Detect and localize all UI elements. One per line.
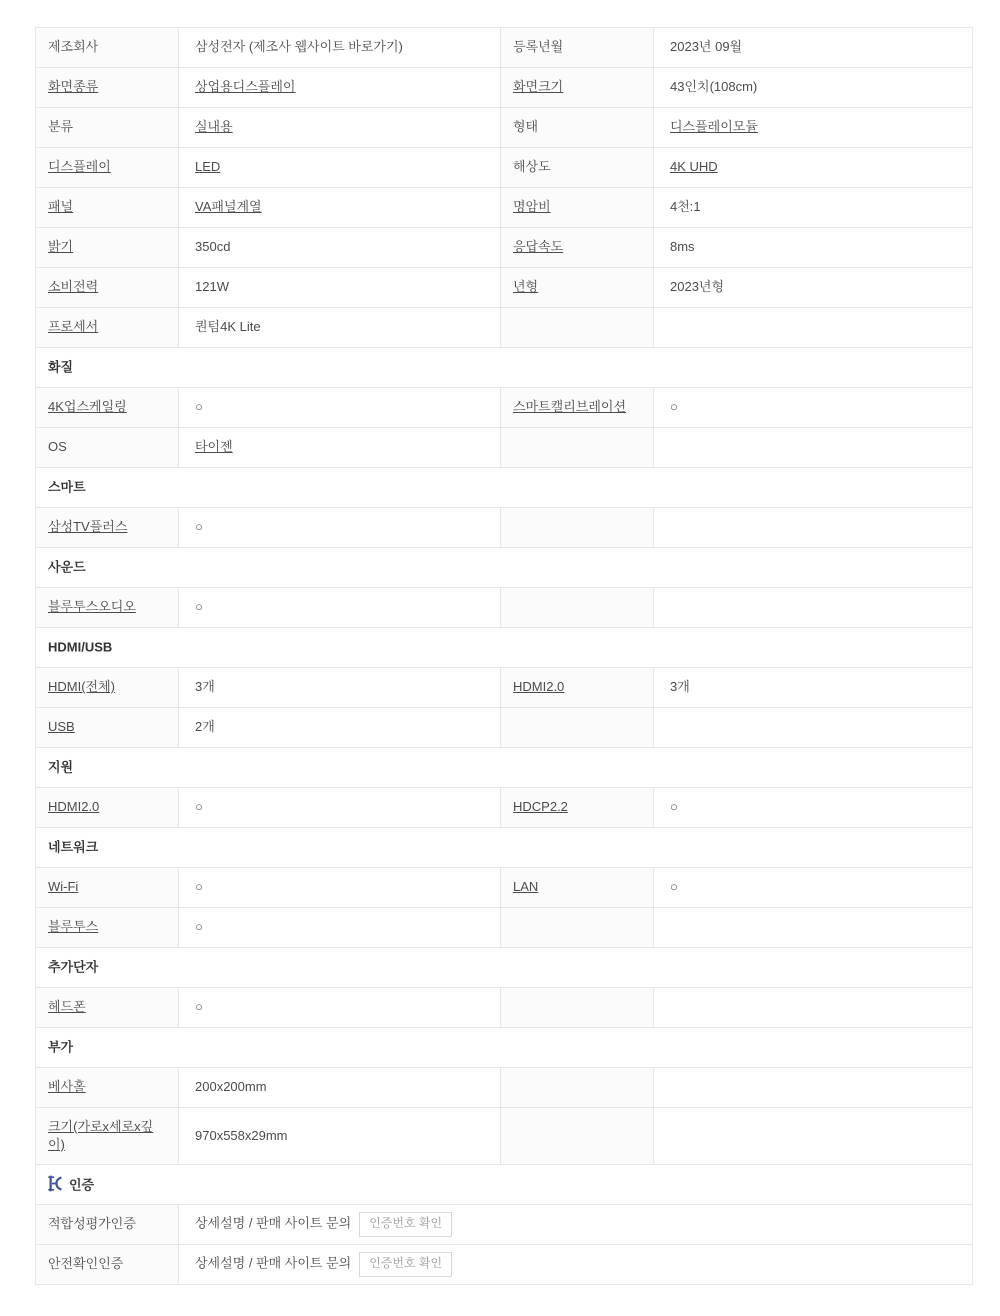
spec-label-link[interactable]: Wi-Fi <box>48 879 78 894</box>
spec-label-link[interactable]: 4K업스케일링 <box>48 399 127 414</box>
spec-value: 4천:1 <box>670 199 701 214</box>
spec-label-cell: 소비전력 <box>36 268 179 308</box>
supported-circle-mark: ○ <box>195 919 203 934</box>
spec-label-cell: 블루투스오디오 <box>36 588 179 628</box>
spec-label-cell: 4K업스케일링 <box>36 388 179 428</box>
section-title: HDMI/USB <box>48 640 112 655</box>
spec-value-cell: ○ <box>179 868 501 908</box>
spec-label-cell: OS <box>36 428 179 468</box>
spec-label-link[interactable]: 패널 <box>48 199 73 214</box>
verify-cert-number-button[interactable]: 인증번호 확인 <box>359 1212 452 1237</box>
section-title: 화질 <box>48 360 73 375</box>
spec-row-panel: 패널 VA패널계열 명암비 4천:1 <box>36 188 973 228</box>
section-title: 부가 <box>48 1040 73 1055</box>
supported-circle-mark: ○ <box>670 799 678 814</box>
section-header-cell: 부가 <box>36 1028 973 1068</box>
cert-description: 상세설명 / 판매 사이트 문의 <box>195 1256 351 1271</box>
spec-label-cell: 베사홀 <box>36 1068 179 1108</box>
manufacturer-value[interactable]: 삼성전자 (제조사 웹사이트 바로가기) <box>195 39 403 54</box>
spec-label: 형태 <box>513 119 538 134</box>
spec-label-link[interactable]: 년형 <box>513 279 538 294</box>
spec-value-cell: ○ <box>179 508 501 548</box>
supported-circle-mark: ○ <box>195 999 203 1014</box>
spec-value-link[interactable]: 상업용디스플레이 <box>195 79 295 94</box>
spec-value-cell: 타이젠 <box>179 428 501 468</box>
section-title: 네트워크 <box>48 840 98 855</box>
spec-value-cell: 4천:1 <box>654 188 973 228</box>
section-title: 추가단자 <box>48 960 98 975</box>
spec-value-cell: 퀀텀4K Lite <box>179 308 501 348</box>
spec-row-wifi: Wi-Fi ○ LAN ○ <box>36 868 973 908</box>
spec-label-cell: 명암비 <box>501 188 654 228</box>
spec-label-cell: 화면종류 <box>36 68 179 108</box>
spec-row-hdmi20: HDMI2.0 ○ HDCP2.2 ○ <box>36 788 973 828</box>
spec-label-cell: 삼성TV플러스 <box>36 508 179 548</box>
spec-label-cell: 해상도 <box>501 148 654 188</box>
spec-label-link[interactable]: 블루투스오디오 <box>48 599 136 614</box>
cert-description: 상세설명 / 판매 사이트 문의 <box>195 1216 351 1231</box>
spec-label-link[interactable]: LAN <box>513 879 538 894</box>
cert-label-cell: 안전확인인증 <box>36 1245 179 1285</box>
section-header-cell: 네트워크 <box>36 828 973 868</box>
spec-label-link[interactable]: 소비전력 <box>48 279 98 294</box>
section-header-cell: HDMI/USB <box>36 628 973 668</box>
spec-label-link[interactable]: 블루투스 <box>48 919 98 934</box>
cert-label: 안전확인인증 <box>48 1256 123 1271</box>
kc-certification-icon <box>48 1175 63 1192</box>
spec-label-link[interactable]: HDCP2.2 <box>513 799 568 814</box>
empty-value-cell <box>654 908 973 948</box>
spec-value-cell: ○ <box>654 388 973 428</box>
spec-row-brightness: 밝기 350cd 응답속도 8ms <box>36 228 973 268</box>
spec-label-cell: 디스플레이 <box>36 148 179 188</box>
spec-label-cell: HDMI2.0 <box>36 788 179 828</box>
spec-value: 3개 <box>670 679 690 694</box>
section-row-certification: 인증 <box>36 1165 973 1205</box>
spec-value-cell: 실내용 <box>179 108 501 148</box>
spec-row-headphone: 헤드폰 ○ <box>36 988 973 1028</box>
section-row-hdmi-usb: HDMI/USB <box>36 628 973 668</box>
spec-row-classification: 분류 실내용 형태 디스플레이모듈 <box>36 108 973 148</box>
spec-value: 43인치(108cm) <box>670 79 757 94</box>
spec-row-usb: USB 2개 <box>36 708 973 748</box>
cert-value-cell: 상세설명 / 판매 사이트 문의인증번호 확인 <box>179 1245 973 1285</box>
spec-row-tv-plus: 삼성TV플러스 ○ <box>36 508 973 548</box>
spec-value-cell: LED <box>179 148 501 188</box>
spec-label-link[interactable]: USB <box>48 719 75 734</box>
spec-label-link[interactable]: HDMI2.0 <box>48 799 99 814</box>
supported-circle-mark: ○ <box>195 399 203 414</box>
spec-label: OS <box>48 439 67 454</box>
spec-label-link[interactable]: 베사홀 <box>48 1079 86 1094</box>
spec-value: 2개 <box>195 719 215 734</box>
spec-value-cell: 삼성전자 (제조사 웹사이트 바로가기) <box>179 28 501 68</box>
spec-row-hdmi-total: HDMI(전체) 3개 HDMI2.0 3개 <box>36 668 973 708</box>
section-header-cell: 지원 <box>36 748 973 788</box>
verify-cert-number-button[interactable]: 인증번호 확인 <box>359 1252 452 1277</box>
empty-value-cell <box>654 988 973 1028</box>
empty-label-cell <box>501 908 654 948</box>
spec-value-cell: 43인치(108cm) <box>654 68 973 108</box>
spec-value-cell: ○ <box>179 788 501 828</box>
supported-circle-mark: ○ <box>195 799 203 814</box>
section-row-smart: 스마트 <box>36 468 973 508</box>
spec-value: 퀀텀4K Lite <box>195 319 261 334</box>
spec-label-link[interactable]: 삼성TV플러스 <box>48 519 127 534</box>
spec-label-cell: 분류 <box>36 108 179 148</box>
supported-circle-mark: ○ <box>195 879 203 894</box>
cert-label: 적합성평가인증 <box>48 1216 136 1231</box>
spec-value-cell: ○ <box>654 868 973 908</box>
spec-value: 8ms <box>670 239 695 254</box>
spec-value-cell: 상업용디스플레이 <box>179 68 501 108</box>
spec-value-cell: 8ms <box>654 228 973 268</box>
spec-label: 해상도 <box>513 159 551 174</box>
spec-value-link[interactable]: 타이젠 <box>195 439 233 454</box>
spec-row-processor: 프로세서 퀀텀4K Lite <box>36 308 973 348</box>
spec-value-link[interactable]: 디스플레이모듈 <box>670 119 758 134</box>
spec-row-dimensions: 크기(가로x세로x깊이) 970x558x29mm <box>36 1108 973 1165</box>
spec-label: 등록년월 <box>513 39 563 54</box>
spec-label-cell: LAN <box>501 868 654 908</box>
empty-value-cell <box>654 1068 973 1108</box>
cert-label-cell: 적합성평가인증 <box>36 1205 179 1245</box>
section-row-extras: 부가 <box>36 1028 973 1068</box>
spec-value-cell: 2023년 09월 <box>654 28 973 68</box>
spec-value-cell: ○ <box>654 788 973 828</box>
section-row-network: 네트워크 <box>36 828 973 868</box>
empty-label-cell <box>501 1108 654 1165</box>
spec-value-cell: 디스플레이모듈 <box>654 108 973 148</box>
spec-label-link[interactable]: 헤드폰 <box>48 999 86 1014</box>
empty-label-cell <box>501 1068 654 1108</box>
spec-value: 121W <box>195 279 229 294</box>
spec-value-cell: ○ <box>179 988 501 1028</box>
spec-label-cell: 블루투스 <box>36 908 179 948</box>
spec-row-manufacturer: 제조회사 삼성전자 (제조사 웹사이트 바로가기) 등록년월 2023년 09월 <box>36 28 973 68</box>
supported-circle-mark: ○ <box>195 599 203 614</box>
spec-label-link[interactable]: 밝기 <box>48 239 73 254</box>
spec-label: 분류 <box>48 119 73 134</box>
spec-label-cell: 제조회사 <box>36 28 179 68</box>
spec-label-link[interactable]: 명암비 <box>513 199 551 214</box>
spec-value-cell: VA패널계열 <box>179 188 501 228</box>
empty-value-cell <box>654 588 973 628</box>
spec-label-link[interactable]: HDMI2.0 <box>513 679 564 694</box>
spec-value-link[interactable]: VA패널계열 <box>195 199 262 214</box>
section-row-sound: 사운드 <box>36 548 973 588</box>
section-row-picture-quality: 화질 <box>36 348 973 388</box>
spec-value-link[interactable]: 실내용 <box>195 119 233 134</box>
empty-label-cell <box>501 988 654 1028</box>
empty-value-cell <box>654 708 973 748</box>
section-title: 스마트 <box>48 480 86 495</box>
section-header-cell: 추가단자 <box>36 948 973 988</box>
spec-value: 2023년 09월 <box>670 39 742 54</box>
section-header-cell: 사운드 <box>36 548 973 588</box>
spec-row-vesa: 베사홀 200x200mm <box>36 1068 973 1108</box>
section-title: 사운드 <box>48 560 86 575</box>
spec-value-cell: 970x558x29mm <box>179 1108 501 1165</box>
empty-label-cell <box>501 428 654 468</box>
spec-row-os: OS 타이젠 <box>36 428 973 468</box>
spec-value-cell: ○ <box>179 388 501 428</box>
spec-label-cell: USB <box>36 708 179 748</box>
spec-value-cell: 350cd <box>179 228 501 268</box>
section-header-cell: 화질 <box>36 348 973 388</box>
spec-label-cell: HDCP2.2 <box>501 788 654 828</box>
supported-circle-mark: ○ <box>670 879 678 894</box>
spec-label-link[interactable]: 크기(가로x세로x깊이) <box>48 1119 153 1152</box>
spec-value: 3개 <box>195 679 215 694</box>
section-title: 지원 <box>48 760 73 775</box>
spec-value: 350cd <box>195 239 230 254</box>
spec-label: 제조회사 <box>48 39 98 54</box>
spec-label-cell: 화면크기 <box>501 68 654 108</box>
spec-label-cell: 년형 <box>501 268 654 308</box>
spec-value-cell: 200x200mm <box>179 1068 501 1108</box>
spec-label-cell: 크기(가로x세로x깊이) <box>36 1108 179 1165</box>
spec-label-cell: Wi-Fi <box>36 868 179 908</box>
spec-value-cell: 121W <box>179 268 501 308</box>
section-title: 인증 <box>69 1177 94 1192</box>
empty-value-cell <box>654 508 973 548</box>
spec-row-bluetooth-audio: 블루투스오디오 ○ <box>36 588 973 628</box>
spec-row-bluetooth: 블루투스 ○ <box>36 908 973 948</box>
supported-circle-mark: ○ <box>670 399 678 414</box>
spec-row-screen-type: 화면종류 상업용디스플레이 화면크기 43인치(108cm) <box>36 68 973 108</box>
spec-value-link[interactable]: 4K UHD <box>670 159 718 174</box>
spec-value-cell: 2개 <box>179 708 501 748</box>
spec-label-cell: 형태 <box>501 108 654 148</box>
empty-value-cell <box>654 428 973 468</box>
cert-row-safety: 안전확인인증 상세설명 / 판매 사이트 문의인증번호 확인 <box>36 1245 973 1285</box>
section-header-cell: 인증 <box>36 1165 973 1205</box>
spec-label-link[interactable]: 응답속도 <box>513 239 563 254</box>
spec-label-cell: HDMI(전체) <box>36 668 179 708</box>
spec-label-link[interactable]: 화면종류 <box>48 79 98 94</box>
spec-value-cell: 4K UHD <box>654 148 973 188</box>
spec-label-cell: 패널 <box>36 188 179 228</box>
spec-value-cell: 3개 <box>179 668 501 708</box>
spec-label-cell: 등록년월 <box>501 28 654 68</box>
supported-circle-mark: ○ <box>195 519 203 534</box>
spec-row-display: 디스플레이 LED 해상도 4K UHD <box>36 148 973 188</box>
spec-value-cell: ○ <box>179 588 501 628</box>
spec-label-link[interactable]: 프로세서 <box>48 319 98 334</box>
empty-value-cell <box>654 1108 973 1165</box>
spec-label-cell: 밝기 <box>36 228 179 268</box>
empty-label-cell <box>501 508 654 548</box>
spec-value-cell: 2023년형 <box>654 268 973 308</box>
spec-label-link[interactable]: 디스플레이 <box>48 159 111 174</box>
spec-value-link[interactable]: LED <box>195 159 220 174</box>
spec-label-link[interactable]: 화면크기 <box>513 79 563 94</box>
empty-label-cell <box>501 308 654 348</box>
product-spec-table: 제조회사 삼성전자 (제조사 웹사이트 바로가기) 등록년월 2023년 09월… <box>35 27 973 1285</box>
spec-value: 970x558x29mm <box>195 1128 288 1143</box>
spec-value-cell: 3개 <box>654 668 973 708</box>
spec-value: 200x200mm <box>195 1079 267 1094</box>
section-header-cell: 스마트 <box>36 468 973 508</box>
spec-label-cell: 응답속도 <box>501 228 654 268</box>
spec-label-cell: 스마트캘리브레이션 <box>501 388 654 428</box>
cert-row-conformity: 적합성평가인증 상세설명 / 판매 사이트 문의인증번호 확인 <box>36 1205 973 1245</box>
section-row-extra-ports: 추가단자 <box>36 948 973 988</box>
empty-label-cell <box>501 708 654 748</box>
spec-value: 2023년형 <box>670 279 724 294</box>
spec-label-link[interactable]: HDMI(전체) <box>48 679 115 694</box>
spec-label-link[interactable]: 스마트캘리브레이션 <box>513 399 626 414</box>
empty-label-cell <box>501 588 654 628</box>
empty-value-cell <box>654 308 973 348</box>
spec-label-cell: 헤드폰 <box>36 988 179 1028</box>
spec-label-cell: 프로세서 <box>36 308 179 348</box>
spec-value-cell: ○ <box>179 908 501 948</box>
product-spec-table-container: 제조회사 삼성전자 (제조사 웹사이트 바로가기) 등록년월 2023년 09월… <box>35 27 972 1285</box>
spec-row-upscaling: 4K업스케일링 ○ 스마트캘리브레이션 ○ <box>36 388 973 428</box>
section-row-support: 지원 <box>36 748 973 788</box>
spec-row-power: 소비전력 121W 년형 2023년형 <box>36 268 973 308</box>
spec-label-cell: HDMI2.0 <box>501 668 654 708</box>
cert-value-cell: 상세설명 / 판매 사이트 문의인증번호 확인 <box>179 1205 973 1245</box>
